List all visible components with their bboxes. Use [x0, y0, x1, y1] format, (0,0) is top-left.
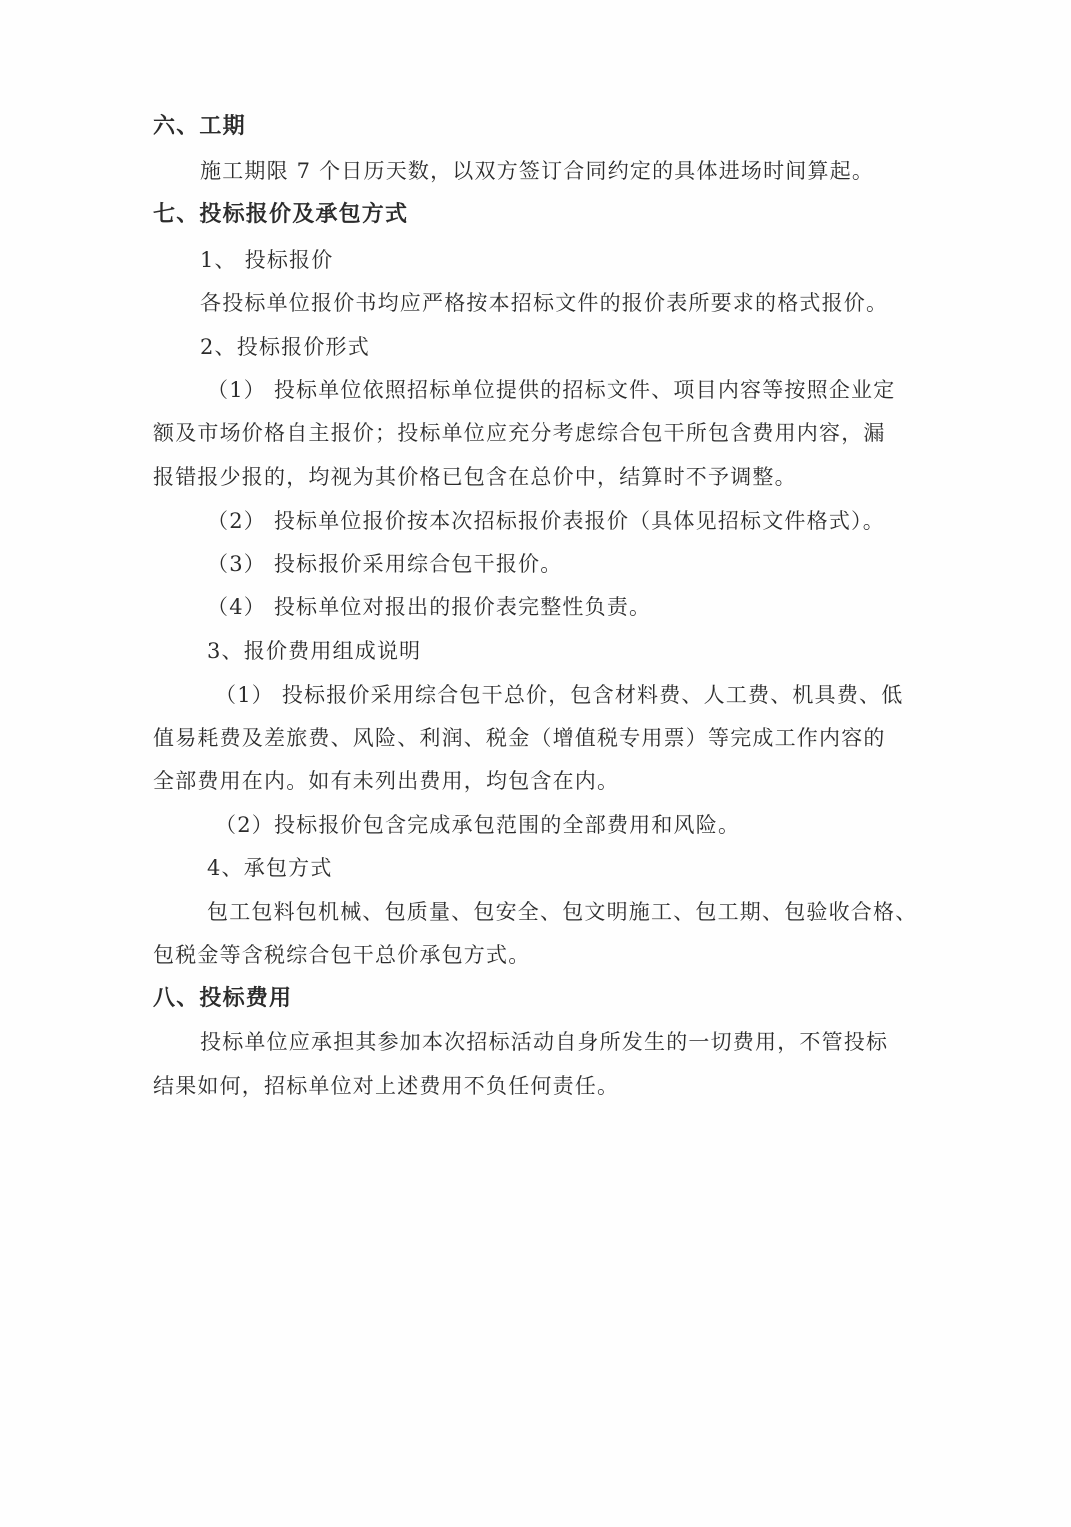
paragraph-line: 包税金等含税综合包干总价承包方式。: [153, 941, 530, 969]
document-page: 六、工期 施工期限 7 个日历天数，以双方签订合同约定的具体进场时间算起。 七、…: [0, 0, 1071, 1527]
paragraph-line: （2）投标报价包含完成承包范围的全部费用和风险。: [215, 811, 740, 839]
section-heading-bid-costs: 八、投标费用: [153, 985, 292, 1013]
paragraph-line: 额及市场价格自主报价；投标单位应充分考虑综合包干所包含费用内容，漏: [153, 419, 886, 447]
subheading-line: 3、报价费用组成说明: [207, 637, 421, 665]
section-heading-schedule: 六、工期: [153, 113, 246, 141]
paragraph-line: （4） 投标单位对报出的报价表完整性负责。: [207, 593, 651, 621]
paragraph-line: 全部费用在内。如有未列出费用，均包含在内。: [153, 767, 619, 795]
paragraph-line: （3） 投标报价采用综合包干报价。: [207, 550, 562, 578]
paragraph-line: 值易耗费及差旅费、风险、利润、税金（增值税专用票）等完成工作内容的: [153, 724, 886, 752]
paragraph-line: （2） 投标单位报价按本次招标报价表报价（具体见招标文件格式）。: [207, 507, 885, 535]
subheading-line: 1、 投标报价: [200, 246, 333, 274]
paragraph-line: （1） 投标单位依照招标单位提供的招标文件、项目内容等按照企业定: [207, 376, 895, 404]
paragraph-line: 投标单位应承担其参加本次招标活动自身所发生的一切费用，不管投标: [200, 1028, 888, 1056]
paragraph-line: 包工包料包机械、包质量、包安全、包文明施工、包工期、包验收合格、: [207, 898, 917, 926]
paragraph-line: 报错报少报的，均视为其价格已包含在总价中，结算时不予调整。: [153, 463, 797, 491]
paragraph-line: 各投标单位报价书均应严格按本招标文件的报价表所要求的格式报价。: [200, 289, 888, 317]
paragraph-line: （1） 投标报价采用综合包干总价，包含材料费、人工费、机具费、低: [215, 681, 903, 709]
paragraph-line: 施工期限 7 个日历天数，以双方签订合同约定的具体进场时间算起。: [200, 157, 874, 185]
section-heading-bid-quotation: 七、投标报价及承包方式: [153, 201, 408, 229]
paragraph-line: 结果如何，招标单位对上述费用不负任何责任。: [153, 1072, 619, 1100]
subheading-line: 2、投标报价形式: [200, 333, 370, 361]
subheading-line: 4、承包方式: [207, 854, 333, 882]
